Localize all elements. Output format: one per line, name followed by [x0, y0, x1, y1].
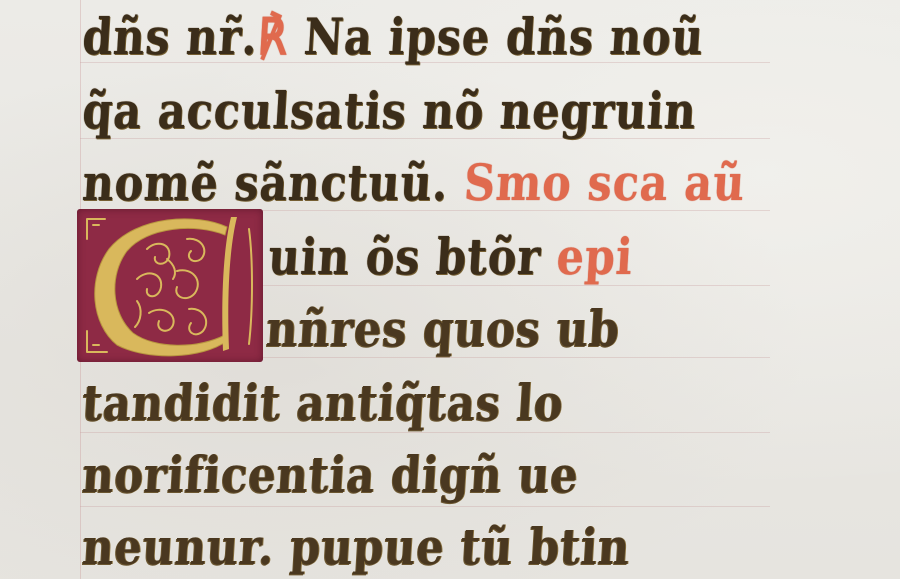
text-line-4: uin õs btõr epi [267, 232, 635, 282]
text-segment: nomẽ sãnctuũ. [81, 153, 450, 212]
rubric-text: epi [555, 227, 635, 286]
text-segment: Na ipse dñs noũ [286, 7, 705, 66]
line-ruling [80, 432, 770, 433]
text-line-2: q̃a acculsatis nõ negruin [81, 86, 698, 136]
text-segment: dñs nr̃. [81, 7, 260, 66]
line-ruling [80, 506, 770, 507]
text-line-5: nñres quos ub [265, 304, 621, 354]
text-segment: norificentia digñ ue [81, 445, 581, 504]
text-segment: tandidit antiq̃tas lo [81, 373, 566, 432]
text-line-8: neunur. pupue tũ btin [81, 522, 632, 572]
text-line-3: nomẽ sãnctuũ. Smo sca aũ [81, 158, 747, 208]
text-segment: uin õs btõr [267, 227, 559, 286]
response-rubric-mark: ℟ [256, 7, 290, 66]
text-line-6: tandidit antiq̃tas lo [81, 378, 565, 428]
text-segment: nñres quos ub [265, 299, 622, 358]
parchment-page: dñs nr̃.℟ Na ipse dñs noũ q̃a acculsatis… [0, 0, 900, 579]
text-line-7: norificentia digñ ue [81, 450, 580, 500]
rubric-heading: Smo sca aũ [447, 153, 748, 212]
illuminated-initial: C [77, 209, 263, 362]
text-segment: q̃a acculsatis nõ negruin [81, 81, 698, 140]
text-line-1: dñs nr̃.℟ Na ipse dñs noũ [81, 12, 705, 62]
filigree-c-icon [77, 209, 263, 362]
text-segment: neunur. pupue tũ btin [81, 517, 632, 576]
